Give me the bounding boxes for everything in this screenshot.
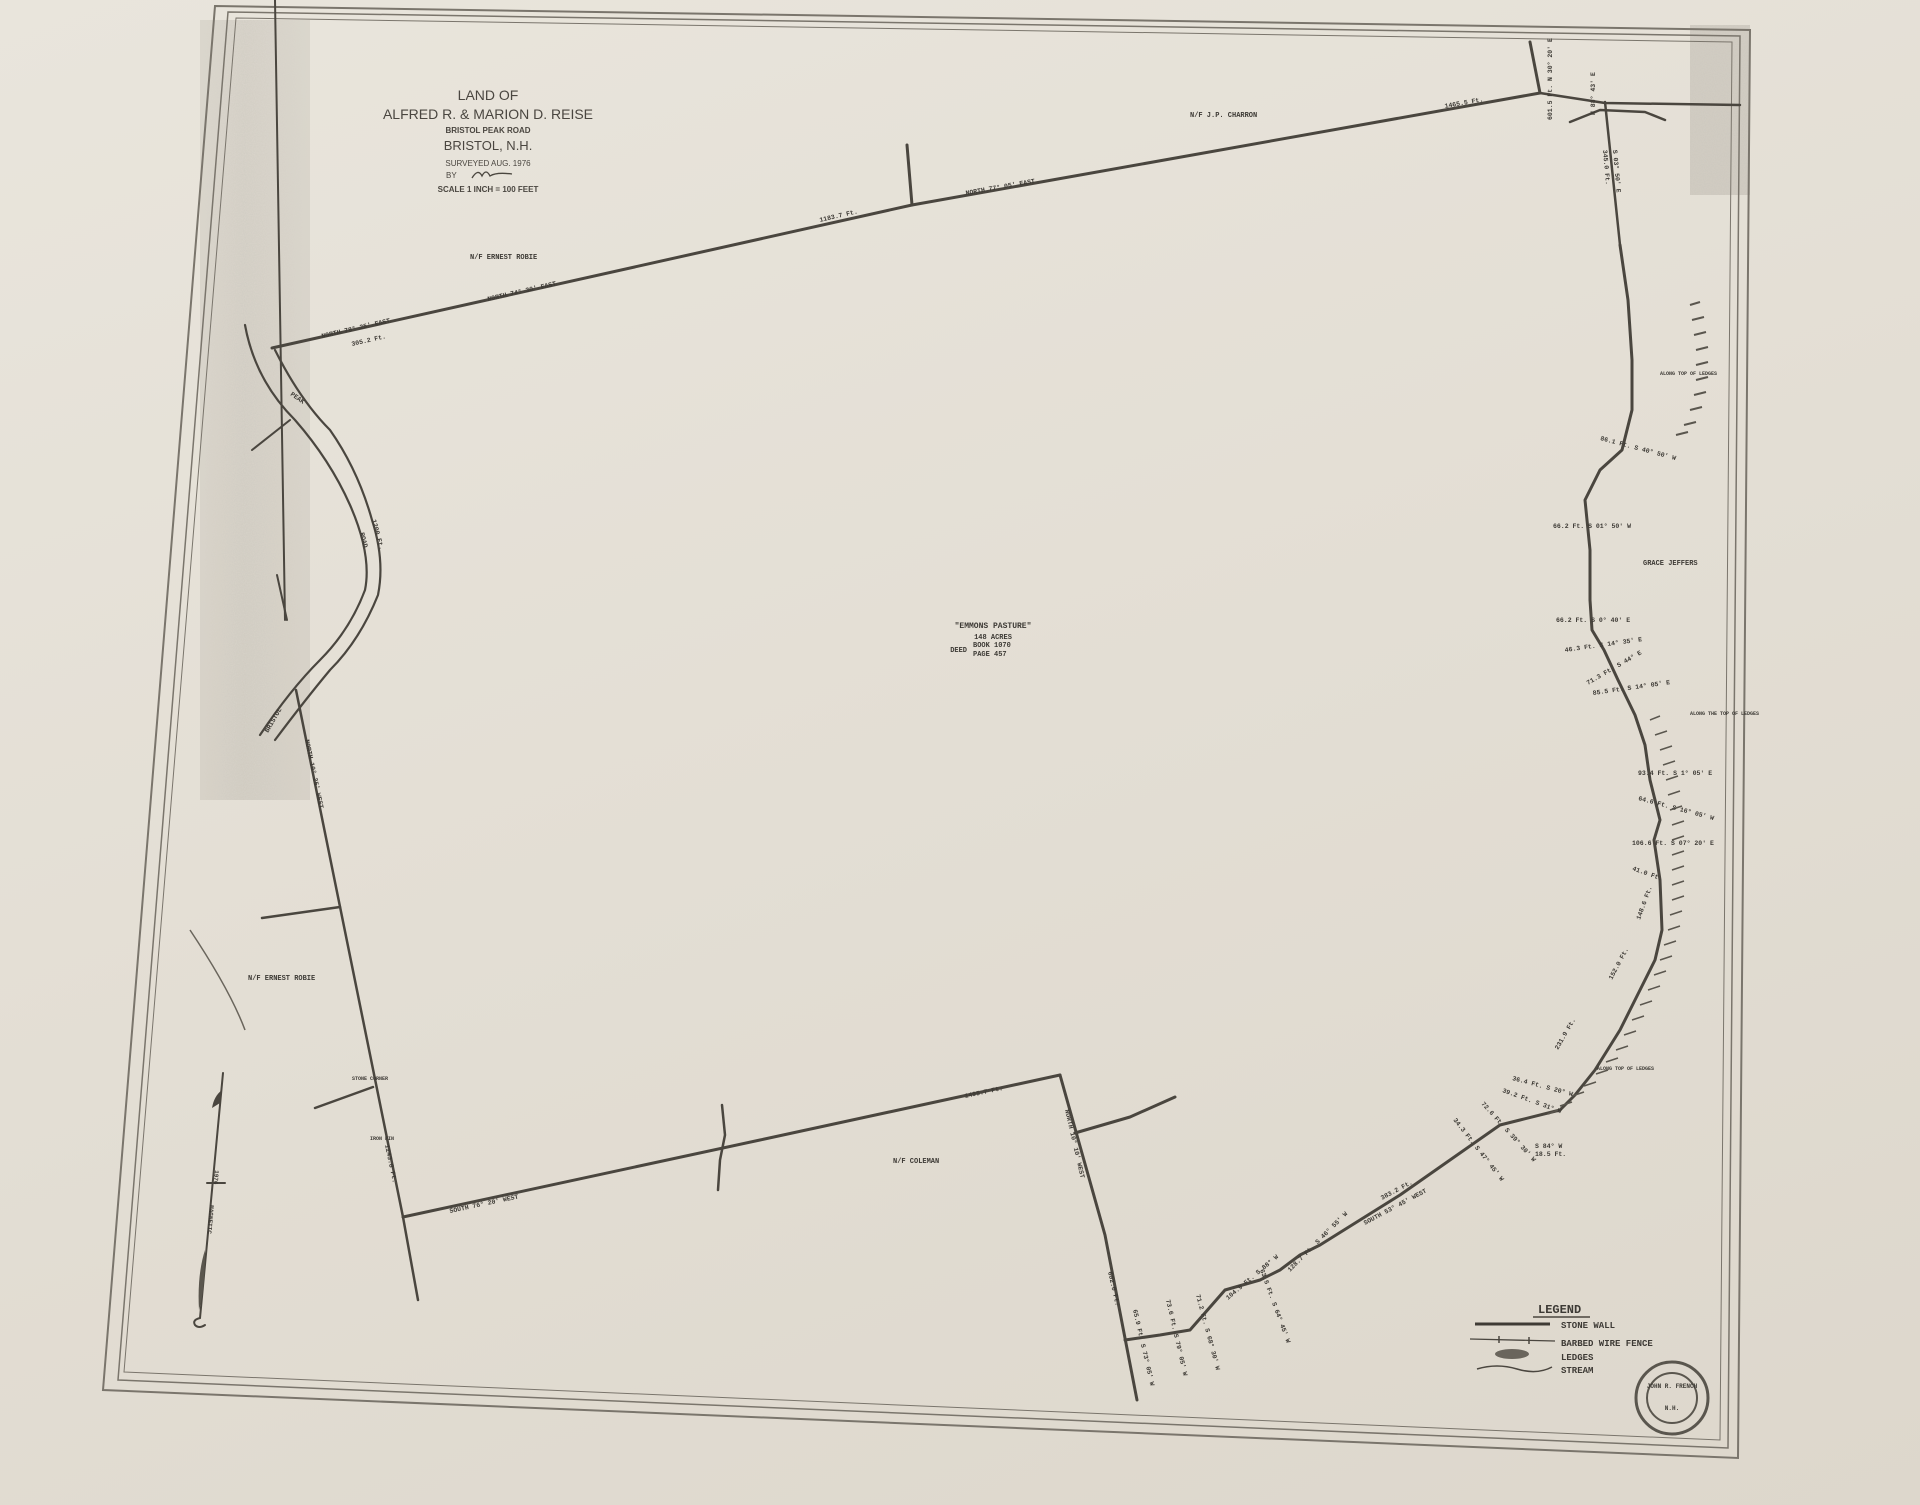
ledges-symbol <box>1495 1349 1529 1359</box>
iron-pin-note: IRON PIN <box>370 1136 394 1142</box>
bearing-se-6: 128.7 Ft. S 46° 55' W <box>1286 1210 1350 1274</box>
parcel-book: BOOK 1070 <box>973 642 1011 650</box>
bearing-e-8: 148.6 Ft. <box>1635 885 1654 920</box>
parcel-info: "EMMONS PASTURE" 148 ACRES DEED BOOK 107… <box>950 622 1031 659</box>
map-border <box>103 6 1750 1458</box>
title-block: LAND OF ALFRED R. & MARION D. REISE BRIS… <box>383 87 593 194</box>
bearing-e-11: 64.6 Ft. S 16° 05' W <box>1637 794 1715 822</box>
abutters: N/F ERNEST ROBIE N/F J.P. CHARRON N/F ER… <box>248 112 1698 1166</box>
legend-label-ledges: LEDGES <box>1561 1353 1594 1363</box>
copy-smudges <box>200 20 1750 800</box>
abutter-nw: N/F ERNEST ROBIE <box>470 254 537 262</box>
seal-sub: N.H. <box>1665 1405 1679 1412</box>
survey-map: LEGEND STONE WALL BARBED WIRE FENCE LEDG… <box>0 0 1920 1505</box>
bearing-north-mid: NORTH 74° 30' EAST <box>487 279 557 303</box>
bearing-e-6: 231.9 Ft. <box>1554 1017 1578 1051</box>
ledge-note-1: ALONG THE TOP OF LEDGES <box>1690 711 1759 717</box>
surveyor-signature <box>472 172 512 178</box>
abutter-west: N/F ERNEST ROBIE <box>248 975 315 983</box>
seal-name: JOHN R. FRENCH <box>1647 1383 1698 1390</box>
bearing-e-12: 93.4 Ft. S 1° 05' E <box>1638 769 1712 777</box>
bearing-e-10: 106.6 Ft. S 07° 20' E <box>1632 839 1714 847</box>
bearing-ne-b: 601.5 Ft. N 30° 20' E <box>1546 38 1554 120</box>
bearing-west-dist: 1243.8 Ft. <box>383 1144 398 1184</box>
ledge-note-3: ALONG TOP OF LEDGES <box>1660 371 1717 377</box>
title-line-1: LAND OF <box>458 87 519 103</box>
east-boundary <box>1125 245 1662 1340</box>
bearing-north-east: NORTH 77° 05' EAST <box>965 177 1036 197</box>
meridian-labels: 1976 MAGNETIC <box>205 1170 220 1235</box>
ledge-note-2: ALONG TOP OF LEDGES <box>1597 1066 1654 1072</box>
bearing-e-17: 66.2 Ft. S 01° 50' W <box>1553 522 1631 530</box>
bearing-e-16: 66.2 Ft. S 0° 40' E <box>1556 616 1630 624</box>
parcel-name: "EMMONS PASTURE" <box>955 622 1032 631</box>
bearing-e-13: 85.5 Ft. S 14° 05' E <box>1592 678 1670 697</box>
bearing-south-dist: 1495.7 Ft. <box>964 1085 1004 1100</box>
bearing-ne-c: N 88° 43' E <box>1589 72 1597 115</box>
parcel-deed-label: DEED <box>950 647 967 655</box>
bearing-road-dist: 1200 Ft. <box>370 519 385 551</box>
magnetic-north-arrow <box>194 1073 225 1327</box>
bearing-e-5-dist: 18.5 Ft. <box>1535 1151 1566 1158</box>
parcel-acres: 148 ACRES <box>974 634 1012 642</box>
bearing-nw-dist: 305.2 Ft. <box>351 333 387 348</box>
bearing-se-5: 63.5 Ft. S 64° 45' W <box>1258 1268 1292 1344</box>
legend-label-stone-wall: STONE WALL <box>1561 1321 1615 1331</box>
stream-symbol <box>1477 1366 1552 1372</box>
title-town: BRISTOL, N.H. <box>444 138 533 153</box>
legend-label-barbed-wire-fence: BARBED WIRE FENCE <box>1561 1339 1653 1349</box>
abutter-east: GRACE JEFFERS <box>1643 560 1698 568</box>
bearing-se-1: 65.9 Ft. S 73° 05' W <box>1131 1309 1156 1387</box>
bearing-e-7: 152.0 Ft. <box>1608 947 1631 981</box>
bearing-south-corner: NORTH 10° 10' WEST <box>1063 1109 1087 1179</box>
meridian-year: 1976 <box>212 1170 220 1185</box>
south-boundary <box>403 1075 1175 1400</box>
title-scale: SCALE 1 INCH = 100 FEET <box>438 185 539 194</box>
bearing-labels: NORTH 78° 25' EAST 305.2 Ft. NORTH 74° 3… <box>303 38 1759 1387</box>
barbed-wire-fence-symbol <box>1470 1336 1555 1344</box>
abutter-north: N/F J.P. CHARRON <box>1190 112 1257 120</box>
title-survey-date: SURVEYED AUG. 1976 <box>445 159 531 168</box>
parcel-page: PAGE 457 <box>973 651 1007 659</box>
title-by: BY <box>446 171 457 180</box>
road-label-road: ROAD <box>358 532 369 549</box>
legend-title: LEGEND <box>1538 1303 1581 1317</box>
bearing-se-3: 71.2 Ft. S 68° 30' W <box>1194 1293 1222 1371</box>
bearing-e-14: 71.3 Ft. S 44° E <box>1585 649 1643 687</box>
stone-corner-note: STONE CORNER <box>352 1076 388 1082</box>
legend-label-stream: STREAM <box>1561 1366 1593 1376</box>
title-road: BRISTOL PEAK ROAD <box>445 126 530 135</box>
abutter-south: N/F COLEMAN <box>893 1158 939 1166</box>
bearing-south-corner-dist: 602.0 Ft. <box>1106 1271 1121 1307</box>
title-owner: ALFRED R. & MARION D. REISE <box>383 106 593 122</box>
bearing-e-5: S 84° W <box>1535 1142 1562 1150</box>
meridian-label: MAGNETIC <box>205 1205 215 1235</box>
surveyor-seal: JOHN R. FRENCH N.H. <box>1636 1362 1708 1434</box>
legend: LEGEND STONE WALL BARBED WIRE FENCE LEDG… <box>1470 1303 1653 1376</box>
bearing-se-2: 73.6 Ft. S 79° 05' W <box>1164 1299 1189 1377</box>
